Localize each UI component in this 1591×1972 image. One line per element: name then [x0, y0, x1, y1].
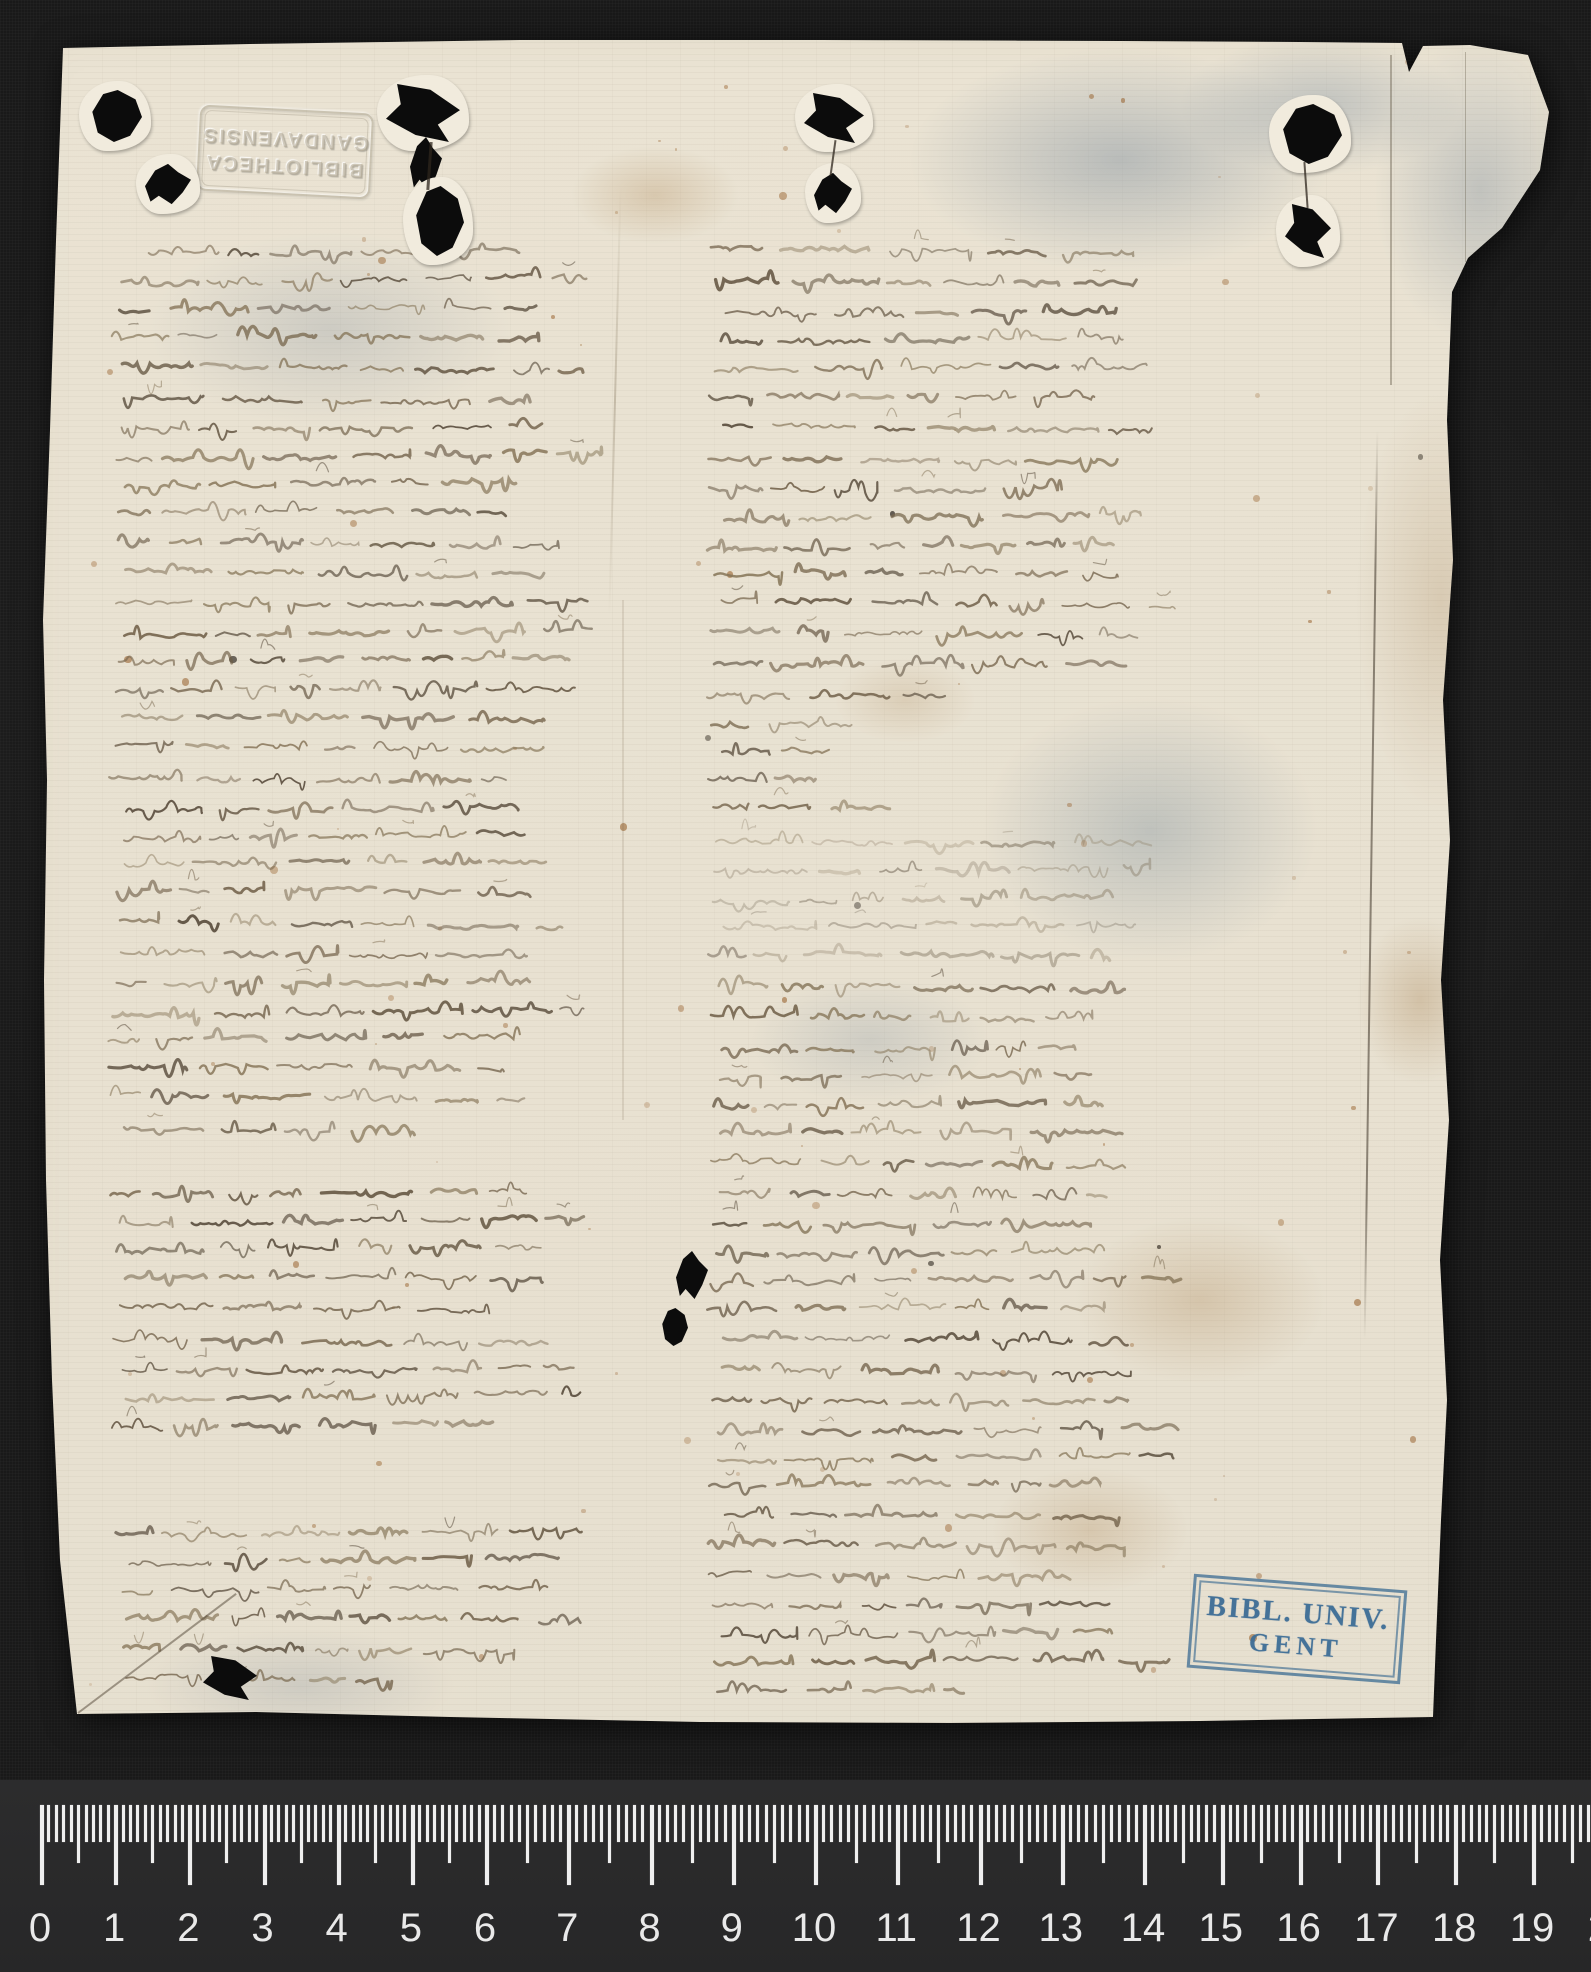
- ruler-tick-mm: [682, 1805, 685, 1842]
- fold-crease-center: [608, 185, 621, 615]
- ruler-tick-mm: [707, 1805, 710, 1842]
- ruler-tick-mm: [1524, 1805, 1527, 1842]
- ruler-tick-mm: [1516, 1805, 1519, 1842]
- ruler-tick-mm: [1478, 1805, 1481, 1842]
- foxing-spot: [1151, 1667, 1157, 1673]
- ruler-tick-mm: [633, 1805, 636, 1842]
- foxing-spot: [782, 997, 787, 1002]
- foxing-spot: [375, 1043, 378, 1046]
- ruler-tick-mm: [748, 1805, 751, 1842]
- foxing-spot: [1222, 279, 1228, 285]
- foxing-spot: [1253, 495, 1259, 501]
- paper-hole: [145, 163, 191, 205]
- fold-crease-flap: [1465, 52, 1466, 262]
- fold-crease-top-right: [1390, 55, 1392, 385]
- ruler-tick-mm: [954, 1805, 957, 1842]
- ruler-tick-mm: [904, 1805, 907, 1842]
- foxing-spot: [1162, 1565, 1165, 1568]
- hole-void: [660, 1308, 688, 1346]
- foxing-spot: [1308, 620, 1311, 623]
- foxing-spot: [945, 1524, 953, 1532]
- foxing-spot: [1278, 1219, 1285, 1226]
- ruler-tick-mm: [1166, 1805, 1169, 1842]
- ruler-tick-mm: [880, 1805, 883, 1842]
- foxing-spot: [958, 683, 960, 685]
- ruler-tick-cm-14: [1143, 1805, 1147, 1885]
- foxing-spot: [928, 1261, 933, 1266]
- ruler-tick-mm: [1330, 1805, 1333, 1842]
- ruler-tick-mm: [55, 1805, 58, 1842]
- ruler-tick-mm: [847, 1805, 850, 1842]
- ruler-label-16: 16: [1276, 1906, 1321, 1951]
- foxing-spot: [1292, 876, 1295, 879]
- ruler-tick-mm: [1555, 1805, 1558, 1842]
- foxing-spot: [1130, 1343, 1135, 1348]
- ruler-tick-mm: [995, 1805, 998, 1842]
- ruler-tick-mm: [1118, 1805, 1121, 1842]
- ruler-tick-mm: [1135, 1805, 1138, 1842]
- ruler-tick-mm: [789, 1805, 792, 1842]
- ruler-tick-mm: [174, 1805, 177, 1842]
- foxing-spot: [727, 571, 734, 578]
- ruler-tick-mm: [1077, 1805, 1080, 1842]
- ruler-label-4: 4: [326, 1906, 348, 1951]
- foxing-spot: [63, 1690, 67, 1694]
- ruler-tick-half: [151, 1805, 154, 1863]
- ruler-tick-half: [448, 1805, 451, 1863]
- ruler-label-5: 5: [400, 1906, 422, 1951]
- ruler-label-9: 9: [721, 1906, 743, 1951]
- ruler-tick-mm: [756, 1805, 759, 1842]
- ruler-tick-mm: [1053, 1805, 1056, 1842]
- ruler-label-8: 8: [638, 1906, 660, 1951]
- foxing-spot: [675, 148, 677, 150]
- ruler-tick-mm: [740, 1805, 743, 1842]
- ruler-tick-mm: [359, 1805, 362, 1842]
- ruler-tick-mm: [1423, 1805, 1426, 1842]
- ruler-tick-mm: [501, 1805, 504, 1842]
- foxing-spot: [837, 229, 841, 233]
- foxing-spot: [513, 747, 516, 750]
- ruler-tick-mm: [1384, 1805, 1387, 1842]
- ruler-tick-cm-19: [1532, 1805, 1536, 1885]
- foxing-spot: [270, 866, 277, 873]
- ruler-tick-mm: [1563, 1805, 1566, 1842]
- ruler-tick-mm: [510, 1805, 513, 1842]
- ruler-tick-mm: [1446, 1805, 1449, 1842]
- foxing-spot: [751, 1107, 757, 1113]
- ruler-tick-mm: [322, 1805, 325, 1842]
- ruler-tick-mm: [122, 1805, 125, 1842]
- ruler-label-7: 7: [556, 1906, 578, 1951]
- ruler-tick-half: [1102, 1805, 1105, 1863]
- foxing-spot: [479, 1654, 485, 1660]
- ruler-tick-mm: [136, 1805, 139, 1842]
- ruler-tick-mm: [418, 1805, 421, 1842]
- foxing-spot: [801, 1145, 803, 1147]
- ruler-tick-mm: [329, 1805, 332, 1842]
- ruler-tick-mm: [1291, 1805, 1294, 1842]
- ruler-label-17: 17: [1354, 1906, 1399, 1951]
- ruler-tick-mm: [1485, 1805, 1488, 1842]
- foxing-spot: [644, 1102, 650, 1108]
- foxing-spot: [783, 146, 789, 152]
- ruler-tick-cm-13: [1061, 1805, 1065, 1885]
- library-ink-stamp-inner-border: [1193, 1580, 1401, 1678]
- foxing-spot: [658, 140, 660, 142]
- ruler-tick-mm: [1244, 1805, 1247, 1842]
- ruler-tick-mm: [1548, 1805, 1551, 1842]
- foxing-spot: [350, 520, 357, 527]
- ruler-tick-mm: [1314, 1805, 1317, 1842]
- ruler-tick-mm: [1267, 1805, 1270, 1842]
- ruler-tick-cm-18: [1454, 1805, 1458, 1885]
- ruler-tick-mm: [765, 1805, 768, 1842]
- ruler-tick-mm: [1205, 1805, 1208, 1842]
- ruler-tick-mm: [551, 1805, 554, 1842]
- paper-hole: [1278, 104, 1342, 164]
- ruler-tick-mm: [1439, 1805, 1442, 1842]
- ruler-tick-mm: [592, 1805, 595, 1842]
- foxing-spot: [229, 656, 237, 664]
- ruler-tick-half: [374, 1805, 377, 1863]
- ruler-tick-mm: [455, 1805, 458, 1842]
- ruler-tick-mm: [822, 1805, 825, 1842]
- ruler-tick-mm: [543, 1805, 546, 1842]
- ruler-tick-mm: [1501, 1805, 1504, 1842]
- ruler-tick-mm: [715, 1805, 718, 1842]
- ruler-tick-mm: [641, 1805, 644, 1842]
- ruler-label-12: 12: [956, 1906, 1001, 1951]
- foxing-spot: [678, 1005, 684, 1011]
- ruler-tick-mm: [292, 1805, 295, 1842]
- ruler-tick-mm: [1369, 1805, 1372, 1842]
- foxing-spot: [911, 1268, 917, 1274]
- paper-hole: [804, 93, 864, 143]
- foxing-spot: [182, 678, 190, 686]
- ruler-tick-mm: [1190, 1805, 1193, 1842]
- foxing-spot: [820, 1467, 825, 1472]
- ruler-tick-mm: [1252, 1805, 1255, 1842]
- ruler-tick-mm: [699, 1805, 702, 1842]
- ruler-tick-mm: [559, 1805, 562, 1842]
- ruler-tick-mm: [366, 1805, 369, 1842]
- foxing-spot: [1089, 94, 1094, 99]
- foxing-spot: [1368, 486, 1373, 491]
- ruler-tick-mm: [270, 1805, 273, 1842]
- ruler-tick-mm: [518, 1805, 521, 1842]
- ruler-tick-mm: [470, 1805, 473, 1842]
- ruler-tick-cm-9: [732, 1805, 736, 1885]
- foxing-spot: [812, 1202, 820, 1210]
- ruler-tick-half: [77, 1805, 80, 1863]
- foxing-spot: [1405, 59, 1411, 65]
- ruler-tick-mm: [62, 1805, 65, 1842]
- foxing-spot: [779, 192, 787, 200]
- ruler-label-2: 2: [177, 1906, 199, 1951]
- ruler-tick-cm-15: [1221, 1805, 1225, 1885]
- ruler-label-19: 19: [1510, 1906, 1555, 1951]
- foxing-spot: [1343, 950, 1347, 954]
- ruler-tick-mm: [403, 1805, 406, 1842]
- ruler-tick-mm: [277, 1805, 280, 1842]
- ruler-tick-mm: [218, 1805, 221, 1842]
- ruler-tick-mm: [534, 1805, 537, 1842]
- foxing-spot: [438, 926, 442, 930]
- ruler-tick-mm: [144, 1805, 147, 1842]
- paper-hole: [660, 1308, 688, 1346]
- ruler-tick-mm: [1509, 1805, 1512, 1842]
- embossed-stamp: BIBLIOTHECA GANDAVENSIS: [196, 105, 374, 200]
- foxing-spot: [588, 1228, 591, 1231]
- ruler-tick-cm-2: [188, 1805, 192, 1885]
- foxing-spot: [581, 1509, 585, 1513]
- foxing-spot: [367, 1576, 372, 1581]
- ruler: 01234567891011121314151617181920: [0, 1780, 1591, 1972]
- ruler-tick-half: [691, 1805, 694, 1863]
- foxing-spot: [551, 315, 555, 319]
- ruler-tick-half: [1020, 1805, 1023, 1863]
- manuscript-page: BIBLIOTHECA GANDAVENSIS BIBL. UNIV. GENT: [0, 0, 1591, 1972]
- ruler-tick-mm: [1345, 1805, 1348, 1842]
- foxing-spot: [1214, 1498, 1217, 1501]
- ruler-tick-mm: [987, 1805, 990, 1842]
- foxing-spot: [1327, 590, 1330, 593]
- ruler-tick-mm: [1229, 1805, 1232, 1842]
- foxing-spot: [905, 125, 908, 128]
- ruler-tick-mm: [159, 1805, 162, 1842]
- embossed-stamp-inner-border: [201, 110, 369, 194]
- ruler-tick-cm-3: [263, 1805, 267, 1885]
- library-ink-stamp: BIBL. UNIV. GENT: [1187, 1574, 1408, 1685]
- ruler-tick-mm: [962, 1805, 965, 1842]
- ruler-tick-mm: [1236, 1805, 1239, 1842]
- ruler-tick-mm: [196, 1805, 199, 1842]
- foxing-spot: [705, 735, 711, 741]
- ruler-tick-half: [1571, 1805, 1574, 1863]
- paper-hole: [1285, 204, 1331, 258]
- ruler-tick-mm: [85, 1805, 88, 1842]
- ruler-tick-mm: [1085, 1805, 1088, 1842]
- foxing-spot: [929, 1046, 934, 1051]
- ruler-tick-half: [937, 1805, 940, 1863]
- ruler-tick-mm: [166, 1805, 169, 1842]
- ruler-tick-mm: [1127, 1805, 1130, 1842]
- ruler-label-14: 14: [1121, 1906, 1166, 1951]
- ruler-tick-cm-0: [40, 1805, 44, 1885]
- ruler-tick-mm: [344, 1805, 347, 1842]
- ruler-tick-mm: [203, 1805, 206, 1842]
- ruler-tick-cm-8: [650, 1805, 654, 1885]
- ruler-tick-cm-10: [814, 1805, 818, 1885]
- foxing-spot: [890, 511, 896, 517]
- ruler-tick-mm: [107, 1805, 110, 1842]
- ruler-tick-mm: [1408, 1805, 1411, 1842]
- foxing-spot: [107, 369, 113, 375]
- ruler-tick-mm: [1011, 1805, 1014, 1842]
- ruler-tick-mm: [92, 1805, 95, 1842]
- foxing-spot: [1000, 1370, 1006, 1376]
- foxing-spot: [620, 823, 628, 831]
- foxing-spot: [1407, 951, 1410, 954]
- ruler-tick-mm: [863, 1805, 866, 1842]
- ruler-tick-mm: [724, 1805, 727, 1842]
- ruler-tick-mm: [888, 1805, 891, 1842]
- ruler-tick-mm: [255, 1805, 258, 1842]
- ruler-tick-mm: [314, 1805, 317, 1842]
- ruler-tick-mm: [181, 1805, 184, 1842]
- foxing-spot: [1255, 393, 1260, 398]
- foxing-spot: [1354, 1299, 1361, 1306]
- paper-hole: [676, 1250, 708, 1300]
- foxing-spot: [376, 1461, 382, 1467]
- ruler-tick-half: [1338, 1805, 1341, 1863]
- ruler-tick-mm: [946, 1805, 949, 1842]
- ruler-tick-mm: [285, 1805, 288, 1842]
- ruler-tick-mm: [478, 1805, 481, 1842]
- foxing-spot: [1087, 1377, 1093, 1383]
- paper-shadow-wrap: BIBLIOTHECA GANDAVENSIS BIBL. UNIV. GENT: [0, 0, 1591, 1972]
- ruler-tick-mm: [1159, 1805, 1162, 1842]
- ruler-tick-mm: [1151, 1805, 1154, 1842]
- foxing-spot: [362, 237, 367, 242]
- foxing-spot: [1103, 1143, 1106, 1146]
- foxing-spot: [1032, 1417, 1035, 1420]
- hole-void: [676, 1250, 708, 1300]
- ruler-tick-mm: [1094, 1805, 1097, 1842]
- ruler-tick-mm: [1462, 1805, 1465, 1842]
- manuscript-photograph: BIBLIOTHECA GANDAVENSIS BIBL. UNIV. GENT…: [0, 0, 1591, 1972]
- ruler-tick-mm: [921, 1805, 924, 1842]
- ruler-tick-mm: [1579, 1805, 1582, 1842]
- ruler-tick-half: [1493, 1805, 1496, 1863]
- ruler-tick-mm: [1110, 1805, 1113, 1842]
- foxing-spot: [724, 85, 728, 89]
- foxing-spot: [615, 211, 618, 214]
- ruler-tick-mm: [617, 1805, 620, 1842]
- ruler-tick-cm-4: [337, 1805, 341, 1885]
- ruler-tick-mm: [674, 1805, 677, 1842]
- foxing-spot: [854, 902, 861, 909]
- foxing-spot: [1121, 98, 1126, 103]
- ruler-tick-cm-12: [979, 1805, 983, 1885]
- crack-right-edge: [1364, 430, 1379, 1340]
- ruler-label-10: 10: [792, 1906, 837, 1951]
- ruler-tick-mm: [1587, 1805, 1590, 1842]
- paper-hole: [88, 90, 142, 142]
- ruler-tick-mm: [1306, 1805, 1309, 1842]
- paper-hole: [386, 84, 460, 142]
- ruler-tick-mm: [1036, 1805, 1039, 1842]
- ruler-tick-mm: [1470, 1805, 1473, 1842]
- ruler-tick-mm: [798, 1805, 801, 1842]
- foxing-spot: [91, 561, 97, 567]
- ruler-tick-mm: [233, 1805, 236, 1842]
- ruler-tick-mm: [1197, 1805, 1200, 1842]
- ruler-tick-mm: [872, 1805, 875, 1842]
- foxing-spot: [293, 1261, 300, 1268]
- ruler-tick-mm: [1392, 1805, 1395, 1842]
- ruler-tick-half: [773, 1805, 776, 1863]
- foxing-spot: [1157, 1245, 1161, 1249]
- ruler-tick-mm: [1283, 1805, 1286, 1842]
- foxing-spot: [405, 1283, 409, 1287]
- ruler-tick-mm: [913, 1805, 916, 1842]
- ruler-tick-cm-5: [411, 1805, 415, 1885]
- foxing-spot: [580, 344, 582, 346]
- ruler-tick-mm: [1353, 1805, 1356, 1842]
- foxing-spot: [1019, 1068, 1021, 1070]
- ruler-tick-mm: [1322, 1805, 1325, 1842]
- ruler-tick-mm: [493, 1805, 496, 1842]
- ruler-tick-mm: [1213, 1805, 1216, 1842]
- foxing-spot: [615, 1372, 618, 1375]
- foxing-spot: [128, 1372, 132, 1376]
- ruler-tick-mm: [584, 1805, 587, 1842]
- ruler-tick-mm: [970, 1805, 973, 1842]
- ruler-tick-half: [526, 1805, 529, 1863]
- foxing-spot: [1351, 1106, 1355, 1110]
- ruler-tick-mm: [1044, 1805, 1047, 1842]
- ruler-tick-mm: [70, 1805, 73, 1842]
- ruler-tick-cm-16: [1299, 1805, 1303, 1885]
- ruler-tick-mm: [352, 1805, 355, 1842]
- hole-void: [203, 1656, 257, 1700]
- paper-hole: [203, 1656, 257, 1700]
- fold-crease-center-lower: [622, 600, 624, 1120]
- foxing-spot: [1410, 1436, 1417, 1443]
- ruler-tick-mm: [1275, 1805, 1278, 1842]
- foxing-spot: [312, 1524, 316, 1528]
- ruler-tick-half: [1182, 1805, 1185, 1863]
- foxing-spot: [1223, 1475, 1225, 1477]
- ruler-tick-mm: [625, 1805, 628, 1842]
- foxing-spot: [378, 257, 385, 264]
- ruler-tick-mm: [211, 1805, 214, 1842]
- ruler-tick-mm: [1361, 1805, 1364, 1842]
- paper-hole: [412, 186, 464, 256]
- foxing-spot: [388, 995, 394, 1001]
- foxing-spot: [503, 1023, 508, 1028]
- foxing-spot: [436, 1161, 438, 1163]
- ruler-label-13: 13: [1039, 1906, 1084, 1951]
- ruler-label-6: 6: [474, 1906, 496, 1951]
- ruler-tick-cm-17: [1376, 1805, 1380, 1885]
- ruler-tick-mm: [47, 1805, 50, 1842]
- ruler-tick-half: [1415, 1805, 1418, 1863]
- ruler-tick-mm: [248, 1805, 251, 1842]
- ruler-label-3: 3: [251, 1906, 273, 1951]
- foxing-spot: [392, 1306, 395, 1309]
- foxing-spot: [696, 561, 701, 566]
- ruler-tick-mm: [1069, 1805, 1072, 1842]
- ruler-tick-mm: [839, 1805, 842, 1842]
- ruler-tick-mm: [600, 1805, 603, 1842]
- ruler-tick-mm: [99, 1805, 102, 1842]
- ruler-tick-half: [300, 1805, 303, 1863]
- ruler-tick-mm: [1028, 1805, 1031, 1842]
- ruler-tick-mm: [240, 1805, 243, 1842]
- foxing-spot: [1418, 454, 1424, 460]
- ruler-tick-cm-11: [896, 1805, 900, 1885]
- ruler-tick-mm: [575, 1805, 578, 1842]
- foxing-spot: [1067, 803, 1072, 808]
- ruler-tick-cm-1: [114, 1805, 118, 1885]
- paper-hole: [814, 172, 852, 214]
- ruler-tick-mm: [781, 1805, 784, 1842]
- ruler-label-11: 11: [875, 1906, 917, 1951]
- foxing-spot: [337, 828, 339, 830]
